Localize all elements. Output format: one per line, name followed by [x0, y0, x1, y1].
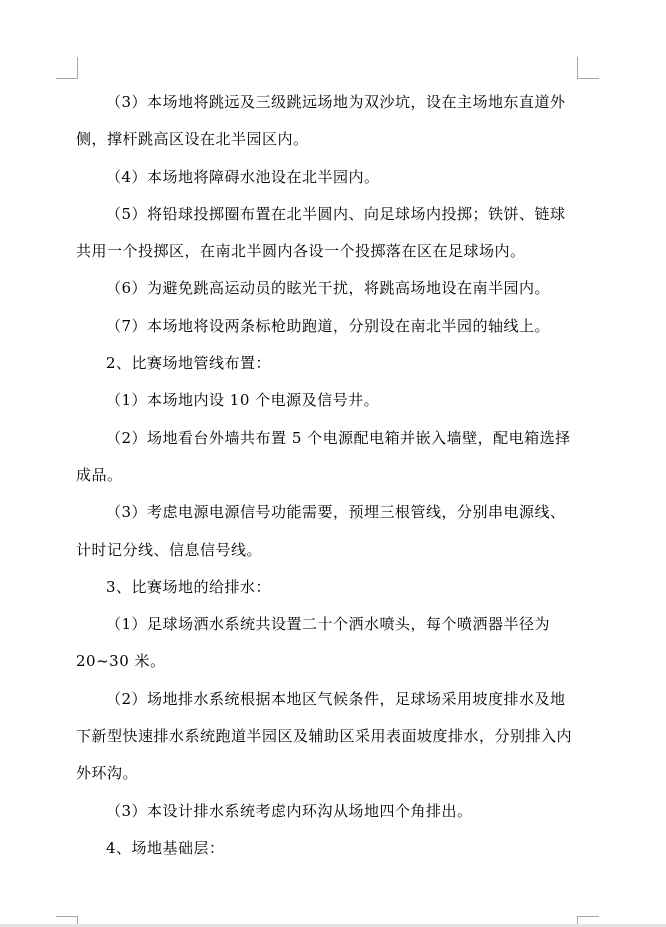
paragraph-7-javelin: （7）本场地将设两条标枪助跑道，分别设在南北半园的轴线上。 [76, 308, 576, 345]
section-heading-foundation: 4、场地基础层： [76, 830, 576, 867]
paragraph-pipelines-2: （2）场地看台外墙共布置 5 个电源配电箱并嵌入墙壁，配电箱选择成品。 [76, 420, 576, 495]
document-page: （3）本场地将跳远及三级跳远场地为双沙坑，设在主场地东直道外侧，撑杆跳高区设在北… [0, 0, 666, 924]
document-body[interactable]: （3）本场地将跳远及三级跳远场地为双沙坑，设在主场地东直道外侧，撑杆跳高区设在北… [76, 84, 576, 867]
paragraph-drainage-2: （2）场地排水系统根据本地区气候条件，足球场采用坡度排水及地下新型快速排水系统跑… [76, 681, 576, 793]
paragraph-4-water-pit: （4）本场地将障碍水池设在北半园内。 [76, 159, 576, 196]
section-heading-pipelines: 2、比赛场地管线布置： [76, 345, 576, 382]
paragraph-6-high-jump: （6）为避免跳高运动员的眩光干扰，将跳高场地设在南半园内。 [76, 270, 576, 307]
margin-corner-mark-top-right [577, 57, 599, 79]
paragraph-drainage-1: （1）足球场洒水系统共设置二十个洒水喷头，每个喷洒器半径为 20~30 米。 [76, 606, 576, 681]
paragraph-3-long-jump: （3）本场地将跳远及三级跳远场地为双沙坑，设在主场地东直道外侧，撑杆跳高区设在北… [76, 84, 576, 159]
section-heading-drainage: 3、比赛场地的给排水： [76, 569, 576, 606]
paragraph-pipelines-1: （1）本场地内设 10 个电源及信号井。 [76, 382, 576, 419]
paragraph-5-throwing: （5）将铅球投掷圈布置在北半圆内、向足球场内投掷；铁饼、链球共用一个投掷区，在南… [76, 196, 576, 271]
paragraph-drainage-3: （3）本设计排水系统考虑内环沟从场地四个角排出。 [76, 793, 576, 830]
margin-corner-mark-top-left [56, 57, 78, 79]
paragraph-pipelines-3: （3）考虑电源电源信号功能需要，预埋三根管线，分别串电源线、计时记分线、信息信号… [76, 494, 576, 569]
